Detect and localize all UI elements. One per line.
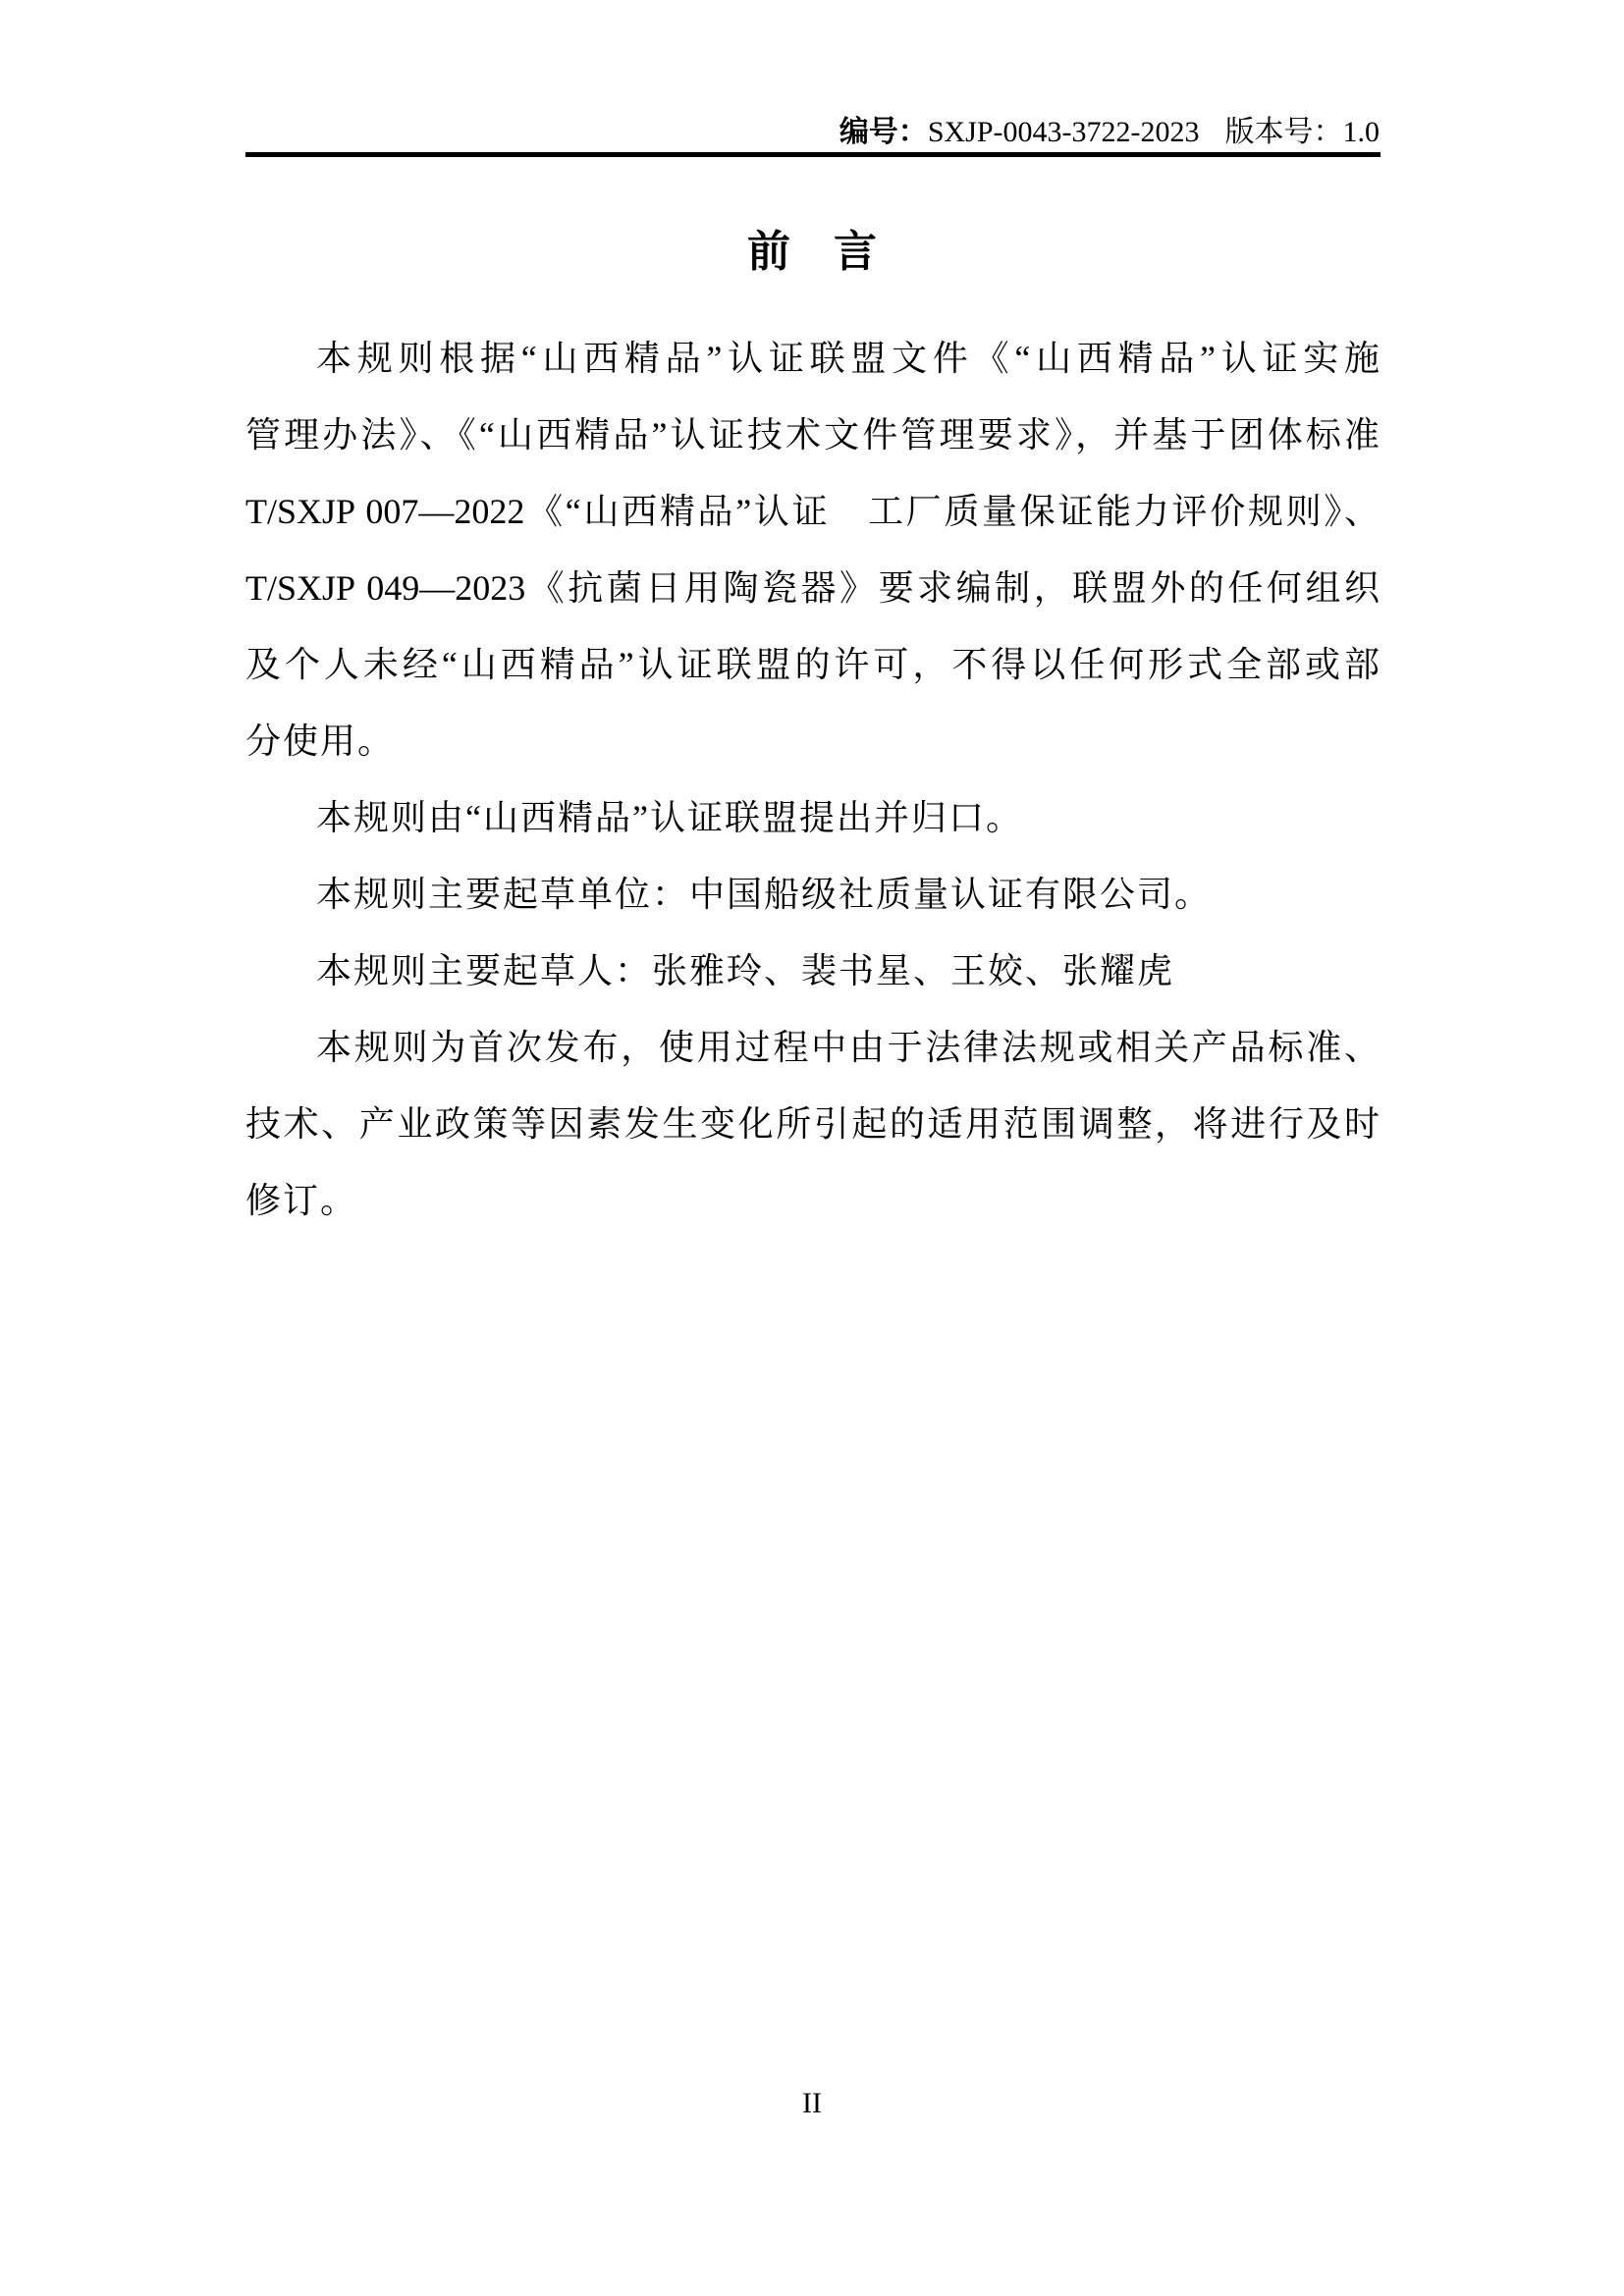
body-line: 本规则主要起草单位：中国船级社质量认证有限公司。 <box>245 856 1380 933</box>
version-value: 1.0 <box>1343 116 1380 148</box>
page-number: II <box>0 2087 1624 2120</box>
body-line: 本规则主要起草人：张雅玲、裴书星、王姣、张耀虎 <box>245 933 1380 1009</box>
body-line: 分使用。 <box>245 703 1380 779</box>
document-header: 编号：SXJP-0043-3722-2023版本号：1.0 <box>245 116 1380 149</box>
page-title: 前 言 <box>0 216 1624 279</box>
version-label: 版本号： <box>1225 116 1343 148</box>
body-line: 技术、产业政策等因素发生变化所引起的适用范围调整，将进行及时 <box>245 1086 1380 1162</box>
doc-number-label: 编号： <box>839 116 928 148</box>
doc-number-value: SXJP-0043-3722-2023 <box>928 116 1200 148</box>
body-line: 本规则根据“山西精品”认证联盟文件《“山西精品”认证实施 <box>245 320 1380 397</box>
body-line: T/SXJP 049—2023《抗菌日用陶瓷器》要求编制，联盟外的任何组织 <box>245 550 1380 626</box>
body-line: 修订。 <box>245 1162 1380 1239</box>
body-line: 及个人未经“山西精品”认证联盟的许可，不得以任何形式全部或部 <box>245 626 1380 703</box>
header-rule <box>245 152 1380 157</box>
document-body: 本规则根据“山西精品”认证联盟文件《“山西精品”认证实施 管理办法》、《“山西精… <box>245 320 1380 1239</box>
body-line: 本规则为首次发布，使用过程中由于法律法规或相关产品标准、 <box>245 1009 1380 1086</box>
body-line: 本规则由“山西精品”认证联盟提出并归口。 <box>245 779 1380 856</box>
body-line: T/SXJP 007—2022《“山西精品”认证 工厂质量保证能力评价规则》、 <box>245 473 1380 550</box>
body-line: 管理办法》、《“山西精品”认证技术文件管理要求》，并基于团体标准 <box>245 397 1380 473</box>
